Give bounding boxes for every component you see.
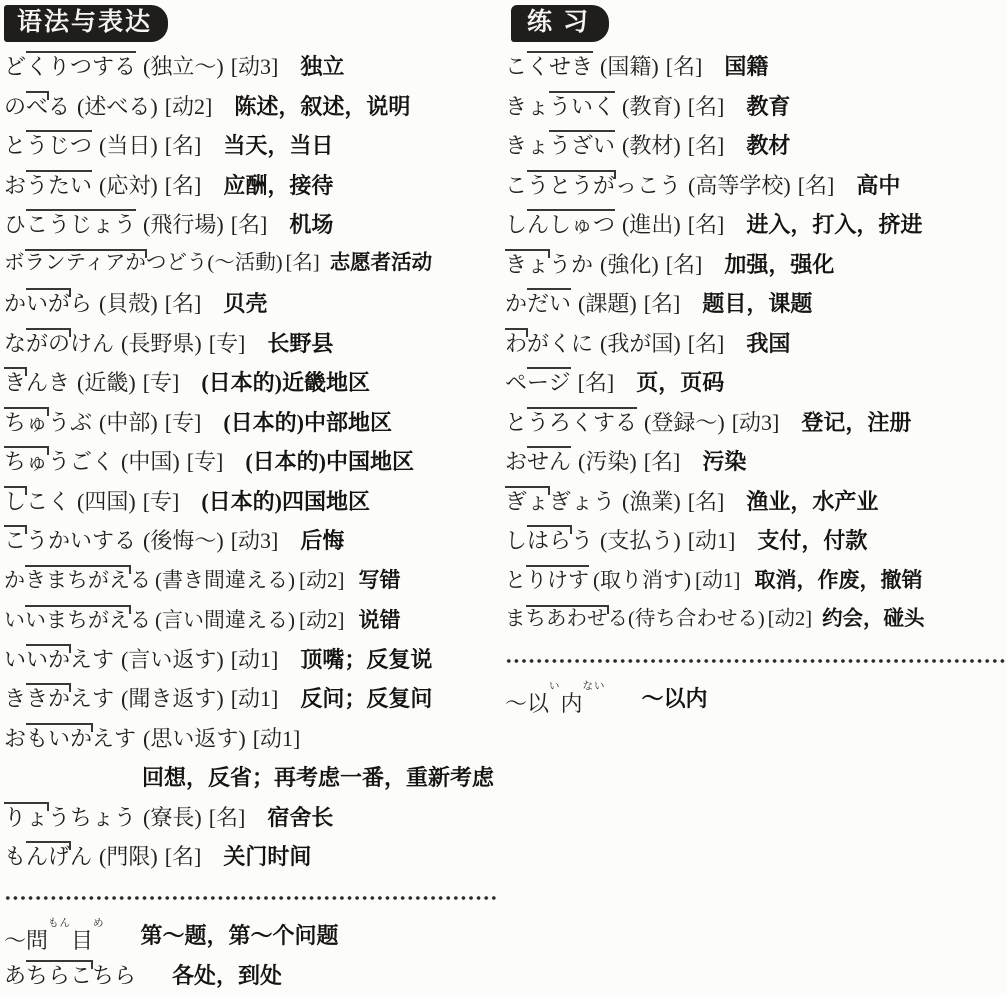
japanese-word: ボランティアかつどう: [4, 252, 207, 276]
part-of-speech-tag: [动1]: [253, 726, 301, 751]
japanese-word: まちあわせる: [505, 608, 628, 632]
japanese-word: おもいかえす: [4, 726, 136, 751]
japanese-word: かいがら: [4, 291, 92, 316]
accent-marked-kana: せん: [527, 449, 571, 474]
japanese-word: のべる: [4, 94, 70, 119]
kana: お: [505, 449, 527, 474]
chinese-meaning: 后悔: [300, 528, 344, 553]
kanji-notation: (高等学校): [688, 173, 791, 198]
chinese-meaning: 关门时间: [223, 844, 311, 869]
chinese-meaning: 进入，打入，挤进: [746, 212, 922, 237]
kana: ～: [4, 928, 26, 953]
japanese-word: あちらこちら: [4, 963, 136, 988]
part-of-speech-tag: [名]: [644, 449, 681, 474]
part-of-speech-tag: [名]: [798, 173, 835, 198]
accent-marked-kana: ージ: [527, 370, 571, 395]
dotted-divider-line: [505, 658, 1007, 664]
vocab-entry: ながのけん(長野県)[专]长野县: [4, 324, 498, 364]
kanji-notation: (汚染): [578, 449, 637, 474]
accent-marked-kana: きょ: [505, 252, 549, 277]
chinese-meaning: 应酬，接待: [223, 173, 333, 198]
part-of-speech-tag: [名]: [666, 252, 703, 277]
part-of-speech-tag: [名]: [688, 212, 725, 237]
chinese-meaning: (日本的)近畿地区: [201, 370, 370, 395]
kana: お: [4, 726, 26, 751]
grammar-expression-section: 语法与表达 どくりつする(独立～)[动3]独立のべる(述べる)[动2]陈述，叙述…: [4, 0, 498, 995]
part-of-speech-tag: [名]: [688, 133, 725, 158]
kana: っこう: [615, 173, 681, 198]
accent-marked-kana: こ: [4, 528, 26, 553]
japanese-word: きょういく: [505, 94, 615, 119]
part-of-speech-tag: [名]: [666, 54, 703, 79]
chinese-meaning: 宿舍长: [267, 805, 333, 830]
accent-marked-kana: ちゅ: [4, 449, 48, 474]
accent-marked-kana: うとうが: [527, 173, 615, 198]
japanese-word: しんしゅつ: [505, 212, 615, 237]
kana: き: [4, 686, 26, 711]
kana: ま: [505, 608, 526, 632]
vocab-entry: こうとうがっこう(高等学校)[名]高中: [505, 166, 1007, 206]
japanese-word: こうかいする: [4, 528, 136, 553]
japanese-word: きんき: [4, 370, 70, 395]
kana: ちら: [92, 963, 136, 988]
vocab-entry: ちゅうぶ(中部)[专](日本的)中部地区: [4, 403, 498, 443]
kana: けん: [70, 331, 114, 356]
kana: ん: [70, 844, 92, 869]
vocab-entry: ～問もん目め第～题，第～个问题: [4, 916, 498, 956]
japanese-word: ながのけん: [4, 331, 114, 356]
kana: うかいする: [26, 528, 136, 553]
accent-marked-kana: こうじょう: [26, 212, 136, 237]
part-of-speech-tag: [动3]: [231, 54, 279, 79]
chinese-meaning: 说错: [359, 608, 401, 632]
furigana: い: [549, 681, 561, 692]
kanji-notation: (長野県): [121, 331, 202, 356]
accent-marked-kana: きか: [26, 686, 70, 711]
japanese-word: ちゅうごく: [4, 449, 114, 474]
accent-marked-kana: し: [4, 489, 26, 514]
vocab-entry: もんげん(門限)[名]关门时间: [4, 837, 498, 877]
chinese-meaning: 教材: [746, 133, 790, 158]
accent-marked-kana: ぎょ: [505, 489, 549, 514]
kana: ど: [4, 54, 26, 79]
chinese-meaning: 登记，注册: [801, 410, 911, 435]
vocab-entry: いいかえす(言い返す)[动1]顶嘴；反复说: [4, 640, 498, 680]
kanji-notation: (支払う): [600, 528, 681, 553]
chinese-meaning: 取消，作废，撤销: [755, 568, 923, 592]
japanese-word: こうとうがっこう: [505, 173, 681, 198]
part-of-speech-tag: [名]: [286, 252, 320, 276]
vocab-entry: きょういく(教育)[名]教育: [505, 87, 1007, 127]
japanese-word: わがくに: [505, 331, 593, 356]
chinese-meaning: 当天，当日: [223, 133, 333, 158]
japanese-word: ページ: [505, 370, 571, 395]
chinese-meaning: 贝壳: [223, 291, 267, 316]
accent-marked-kana: いまちがえ: [25, 608, 130, 632]
vocab-entry: きんき(近畿)[专](日本的)近畿地区: [4, 363, 498, 403]
part-of-speech-tag: [动2]: [299, 608, 345, 632]
vocab-entry: のべる(述べる)[动2]陈述，叙述，说明: [4, 87, 498, 127]
chinese-meaning: 志愿者活动: [330, 252, 433, 276]
vocab-entry: きょうか(強化)[名]加强，强化: [505, 245, 1007, 285]
part-of-speech-tag: [动1]: [231, 686, 279, 711]
japanese-word: ちゅうぶ: [4, 410, 92, 435]
kana: な: [4, 331, 26, 356]
chinese-meaning: 各处，到处: [172, 963, 282, 988]
part-of-speech-tag: [动2]: [299, 568, 345, 592]
furigana: もん: [48, 918, 71, 929]
section-header-badge: 练 习: [511, 5, 609, 42]
part-of-speech-tag: [名]: [209, 805, 246, 830]
japanese-word: もんげん: [4, 844, 92, 869]
chinese-meaning: 我国: [746, 331, 790, 356]
part-of-speech-tag: [动1]: [695, 568, 741, 592]
chinese-meaning: 题目，课题: [702, 291, 812, 316]
accent-marked-kana: うじつ: [26, 133, 92, 158]
kanji-notation: (思い返す): [143, 726, 246, 751]
part-of-speech-tag: [名]: [165, 291, 202, 316]
vocab-entry: こくせき(国籍)[名]国籍: [505, 47, 1007, 87]
kana: し: [505, 212, 527, 237]
accent-marked-kana: うたい: [26, 173, 92, 198]
section-header-label: 练 习: [527, 8, 590, 36]
japanese-word: ひこうじょう: [4, 212, 136, 237]
vocab-entry: いいまちがえる(言い間違える)[动2]说错: [4, 600, 498, 640]
vocab-entry: しんしゅつ(進出)[名]进入，打入，挤进: [505, 205, 1007, 245]
chinese-meaning: 渔业，水产业: [746, 489, 878, 514]
furigana: ない: [583, 681, 606, 692]
vocab-list-right: こくせき(国籍)[名]国籍きょういく(教育)[名]教育きょうざい(教材)[名]教…: [505, 47, 1007, 719]
accent-marked-kana: べ: [26, 94, 48, 119]
dotted-divider-line: [4, 895, 498, 901]
part-of-speech-tag: [名]: [231, 212, 268, 237]
chinese-meaning: 机场: [289, 212, 333, 237]
chinese-meaning: 污染: [702, 449, 746, 474]
kana: い: [4, 608, 25, 632]
japanese-word: とうじつ: [4, 133, 92, 158]
part-of-speech-tag: [名]: [165, 844, 202, 869]
vocab-entry: わがくに(我が国)[名]我国: [505, 324, 1007, 364]
kanji-notation: (教育): [622, 94, 681, 119]
vocab-entry: どくりつする(独立～)[动3]独立: [4, 47, 498, 87]
japanese-word: かきまちがえる: [4, 568, 151, 592]
kanji-notation: (述べる): [77, 94, 158, 119]
vocab-entry: おせん(汚染)[名]污染: [505, 442, 1007, 482]
japanese-word: とりけす: [505, 568, 589, 592]
part-of-speech-tag: [动2]: [768, 608, 812, 632]
kanji-notation: (門限): [99, 844, 158, 869]
kanji-notation: (書き間違える): [155, 568, 295, 592]
kana: る: [130, 608, 151, 632]
kanji-notation: (進出): [622, 212, 681, 237]
kana: か: [4, 568, 25, 592]
kanji-notation: (飛行場): [143, 212, 224, 237]
accent-marked-kana: くせき: [527, 54, 593, 79]
kanji-notation: (聞き返す): [121, 686, 224, 711]
accent-marked-kana: ちゅ: [4, 410, 48, 435]
japanese-word: こくせき: [505, 54, 593, 79]
accent-marked-kana: うざい: [549, 133, 615, 158]
part-of-speech-tag: [名]: [578, 370, 615, 395]
kana-with-furigana: 目め: [71, 918, 105, 953]
kana: こ: [505, 54, 527, 79]
japanese-word: どくりつする: [4, 54, 136, 79]
vocab-entry: ひこうじょう(飛行場)[名]机场: [4, 205, 498, 245]
vocab-entry: ～以い内ない～以内: [505, 679, 1007, 719]
vocab-entry: おもいかえす(思い返す)[动1]: [4, 719, 498, 759]
kanji-notation: (漁業): [622, 489, 681, 514]
kanji-notation: (国籍): [600, 54, 659, 79]
japanese-word: ～問もん目め: [4, 918, 105, 953]
part-of-speech-tag: [动3]: [231, 528, 279, 553]
kanji-notation: (当日): [99, 133, 158, 158]
kana: と: [505, 568, 526, 592]
kana: い: [4, 647, 26, 672]
kanji-notation: (応対): [99, 173, 158, 198]
chinese-meaning: 陈述，叙述，说明: [234, 94, 410, 119]
kana: えす: [92, 726, 136, 751]
kana: こく: [26, 489, 70, 514]
kana: ボ: [4, 252, 25, 276]
part-of-speech-tag: [名]: [165, 133, 202, 158]
japanese-word: ききかえす: [4, 686, 114, 711]
vocab-entry: きょうざい(教材)[名]教材: [505, 126, 1007, 166]
part-of-speech-tag: [名]: [688, 489, 725, 514]
kanji-notation: (我が国): [600, 331, 681, 356]
accent-marked-kana: ランティアか: [25, 252, 146, 276]
chinese-meaning: 回想，反省；再考虑一番，重新考虑: [142, 765, 494, 790]
japanese-word: ～以い内ない: [505, 681, 606, 716]
kana: うぶ: [48, 410, 92, 435]
chinese-meaning: 写错: [359, 568, 401, 592]
part-of-speech-tag: [专]: [143, 370, 180, 395]
vocab-entry: かきまちがえる(書き間違える)[动2]写错: [4, 561, 498, 601]
part-of-speech-tag: [专]: [187, 449, 224, 474]
chinese-meaning: 页，页码: [636, 370, 724, 395]
vocab-entry: おうたい(応対)[名]应酬，接待: [4, 166, 498, 206]
part-of-speech-tag: [动3]: [732, 410, 780, 435]
chinese-meaning: 加强，强化: [724, 252, 834, 277]
accent-marked-kana: いか: [26, 647, 70, 672]
kana: こ: [505, 173, 527, 198]
kana: えす: [70, 647, 114, 672]
accent-marked-kana: きまちがえ: [25, 568, 130, 592]
chinese-meaning: 第～题，第～个问题: [141, 923, 339, 948]
part-of-speech-tag: [名]: [165, 173, 202, 198]
vocab-entry: とうじつ(当日)[名]当天，当日: [4, 126, 498, 166]
kana: きょ: [505, 133, 549, 158]
part-of-speech-tag: [名]: [688, 331, 725, 356]
vocab-entry: かいがら(貝殻)[名]贝壳: [4, 284, 498, 324]
kanji-notation: (登録～): [644, 410, 725, 435]
kanji-notation: (貝殻): [99, 291, 158, 316]
accent-marked-kana: はら: [527, 528, 571, 553]
accent-marked-kana: りょ: [4, 805, 48, 830]
chinese-meaning: 独立: [300, 54, 344, 79]
vocab-entry: りょうちょう(寮長)[名]宿舍长: [4, 798, 498, 838]
kanji-notation: (～活動): [207, 252, 282, 276]
kanji-notation: (強化): [600, 252, 659, 277]
kana: がくに: [527, 331, 593, 356]
vocab-entry: かだい(課題)[名]题目，课题: [505, 284, 1007, 324]
part-of-speech-tag: [专]: [209, 331, 246, 356]
vocab-entry: しはらう(支払う)[动1]支付，付款: [505, 521, 1007, 561]
kana: と: [4, 133, 26, 158]
kana-with-furigana: 以い: [527, 681, 561, 716]
vocab-entry: あちらこちら各处，到处: [4, 956, 498, 995]
kana: んき: [26, 370, 70, 395]
japanese-word: ぎょぎょう: [505, 489, 615, 514]
kanji-notation: (言い返す): [121, 647, 224, 672]
kana: も: [4, 844, 26, 869]
part-of-speech-tag: [专]: [143, 489, 180, 514]
chinese-meaning: 支付，付款: [757, 528, 867, 553]
kana: ひ: [4, 212, 26, 237]
part-of-speech-tag: [动2]: [165, 94, 213, 119]
accent-marked-kana: き: [4, 370, 26, 395]
vocab-entry: しこく(四国)[专](日本的)四国地区: [4, 482, 498, 522]
section-header-label: 语法与表达: [17, 8, 152, 36]
kanji-notation: (課題): [578, 291, 637, 316]
accent-marked-kana: くりつする: [26, 54, 136, 79]
accent-marked-kana: ちあわせ: [526, 608, 608, 632]
vocab-entry: ボランティアかつどう(～活動)[名]志愿者活动: [4, 245, 498, 285]
textbook-page: 语法与表达 どくりつする(独立～)[动3]独立のべる(述べる)[动2]陈述，叙述…: [0, 0, 1007, 995]
vocab-entry: 回想，反省；再考虑一番，重新考虑: [4, 758, 498, 798]
chinese-meaning: (日本的)四国地区: [201, 489, 370, 514]
japanese-word: おせん: [505, 449, 571, 474]
japanese-word: きょうか: [505, 252, 593, 277]
chinese-meaning: 教育: [746, 94, 790, 119]
chinese-meaning: 顶嘴；反复说: [300, 647, 432, 672]
vocab-entry: こうかいする(後悔～)[动3]后悔: [4, 521, 498, 561]
part-of-speech-tag: [动1]: [231, 647, 279, 672]
chinese-meaning: (日本的)中部地区: [223, 410, 392, 435]
vocab-entry: ちゅうごく(中国)[专](日本的)中国地区: [4, 442, 498, 482]
kana: と: [505, 410, 527, 435]
vocab-entry: ページ[名]页，页码: [505, 363, 1007, 403]
kana: ペ: [505, 370, 527, 395]
vocab-entry: ぎょぎょう(漁業)[名]渔业，水产业: [505, 482, 1007, 522]
kana: お: [4, 173, 26, 198]
kana: えす: [70, 686, 114, 711]
kanji-notation: (中部): [99, 410, 158, 435]
japanese-word: いいかえす: [4, 647, 114, 672]
section-header-badge: 语法与表达: [4, 5, 168, 42]
kanji-notation: (待ち合わせる): [628, 608, 765, 632]
chinese-meaning: 长野县: [267, 331, 333, 356]
kana: ～: [505, 691, 527, 716]
accent-marked-kana: もいか: [26, 726, 92, 751]
part-of-speech-tag: [动1]: [688, 528, 736, 553]
chinese-meaning: 国籍: [724, 54, 768, 79]
section-divider: [4, 877, 498, 917]
vocab-entry: とりけす(取り消す)[动1]取消，作废，撤销: [505, 561, 1007, 601]
kanji-notation: (四国): [77, 489, 136, 514]
kanji-notation: (取り消す): [593, 568, 691, 592]
kanji-notation: (後悔～): [143, 528, 224, 553]
kanji-notation: (中国): [121, 449, 180, 474]
kana: うごく: [48, 449, 114, 474]
kana: の: [4, 94, 26, 119]
accent-marked-kana: わ: [505, 331, 527, 356]
kana-with-furigana: 内ない: [561, 681, 606, 716]
kana: きょ: [505, 94, 549, 119]
kana: ら: [70, 291, 92, 316]
kanji-notation: (近畿): [77, 370, 136, 395]
kana: る: [48, 94, 70, 119]
kanji-notation: (言い間違える): [155, 608, 295, 632]
practice-section: 练 习 こくせき(国籍)[名]国籍きょういく(教育)[名]教育きょうざい(教材)…: [505, 0, 1007, 995]
chinese-meaning: 高中: [856, 173, 900, 198]
japanese-word: しはらう: [505, 528, 593, 553]
kanji-notation: (独立～): [143, 54, 224, 79]
kana: うか: [549, 252, 593, 277]
accent-marked-kana: んしゅつ: [527, 212, 615, 237]
kana: う: [571, 528, 593, 553]
chinese-meaning: 约会，碰头: [822, 608, 925, 632]
vocab-entry: とうろくする(登録～)[动3]登记，注册: [505, 403, 1007, 443]
kana-with-furigana: 問もん: [26, 918, 71, 953]
accent-marked-kana: んげ: [26, 844, 70, 869]
japanese-word: しこく: [4, 489, 70, 514]
kana: し: [505, 528, 527, 553]
accent-marked-kana: うろくする: [527, 410, 637, 435]
japanese-word: かだい: [505, 291, 571, 316]
japanese-word: きょうざい: [505, 133, 615, 158]
vocab-list-left: どくりつする(独立～)[动3]独立のべる(述べる)[动2]陈述，叙述，说明とうじ…: [4, 47, 498, 995]
kana: つどう: [146, 252, 208, 276]
japanese-word: おうたい: [4, 173, 92, 198]
kana: る: [130, 568, 151, 592]
kanji-notation: (寮長): [143, 805, 202, 830]
accent-marked-kana: いが: [26, 291, 70, 316]
japanese-word: とうろくする: [505, 410, 637, 435]
chinese-meaning: ～以内: [642, 686, 708, 711]
accent-marked-kana: ちらこ: [26, 963, 92, 988]
accent-marked-kana: だい: [527, 291, 571, 316]
kana: か: [505, 291, 527, 316]
vocab-entry: まちあわせる(待ち合わせる)[动2]约会，碰头: [505, 600, 1007, 640]
accent-marked-kana: ういく: [549, 94, 615, 119]
chinese-meaning: (日本的)中国地区: [245, 449, 414, 474]
accent-marked-kana: がの: [26, 331, 70, 356]
japanese-word: りょうちょう: [4, 805, 136, 830]
accent-marked-kana: りけす: [526, 568, 589, 592]
kana: る: [608, 608, 629, 632]
kana: あ: [4, 963, 26, 988]
part-of-speech-tag: [名]: [644, 291, 681, 316]
vocab-entry: ききかえす(聞き返す)[动1]反问；反复问: [4, 679, 498, 719]
japanese-word: いいまちがえる: [4, 608, 151, 632]
part-of-speech-tag: [专]: [165, 410, 202, 435]
kana: か: [4, 291, 26, 316]
chinese-meaning: 反问；反复问: [300, 686, 432, 711]
furigana: め: [93, 918, 105, 929]
kanji-notation: (教材): [622, 133, 681, 158]
kana: うちょう: [48, 805, 136, 830]
part-of-speech-tag: [名]: [688, 94, 725, 119]
section-divider: [505, 640, 1007, 680]
kana: ぎょう: [549, 489, 615, 514]
